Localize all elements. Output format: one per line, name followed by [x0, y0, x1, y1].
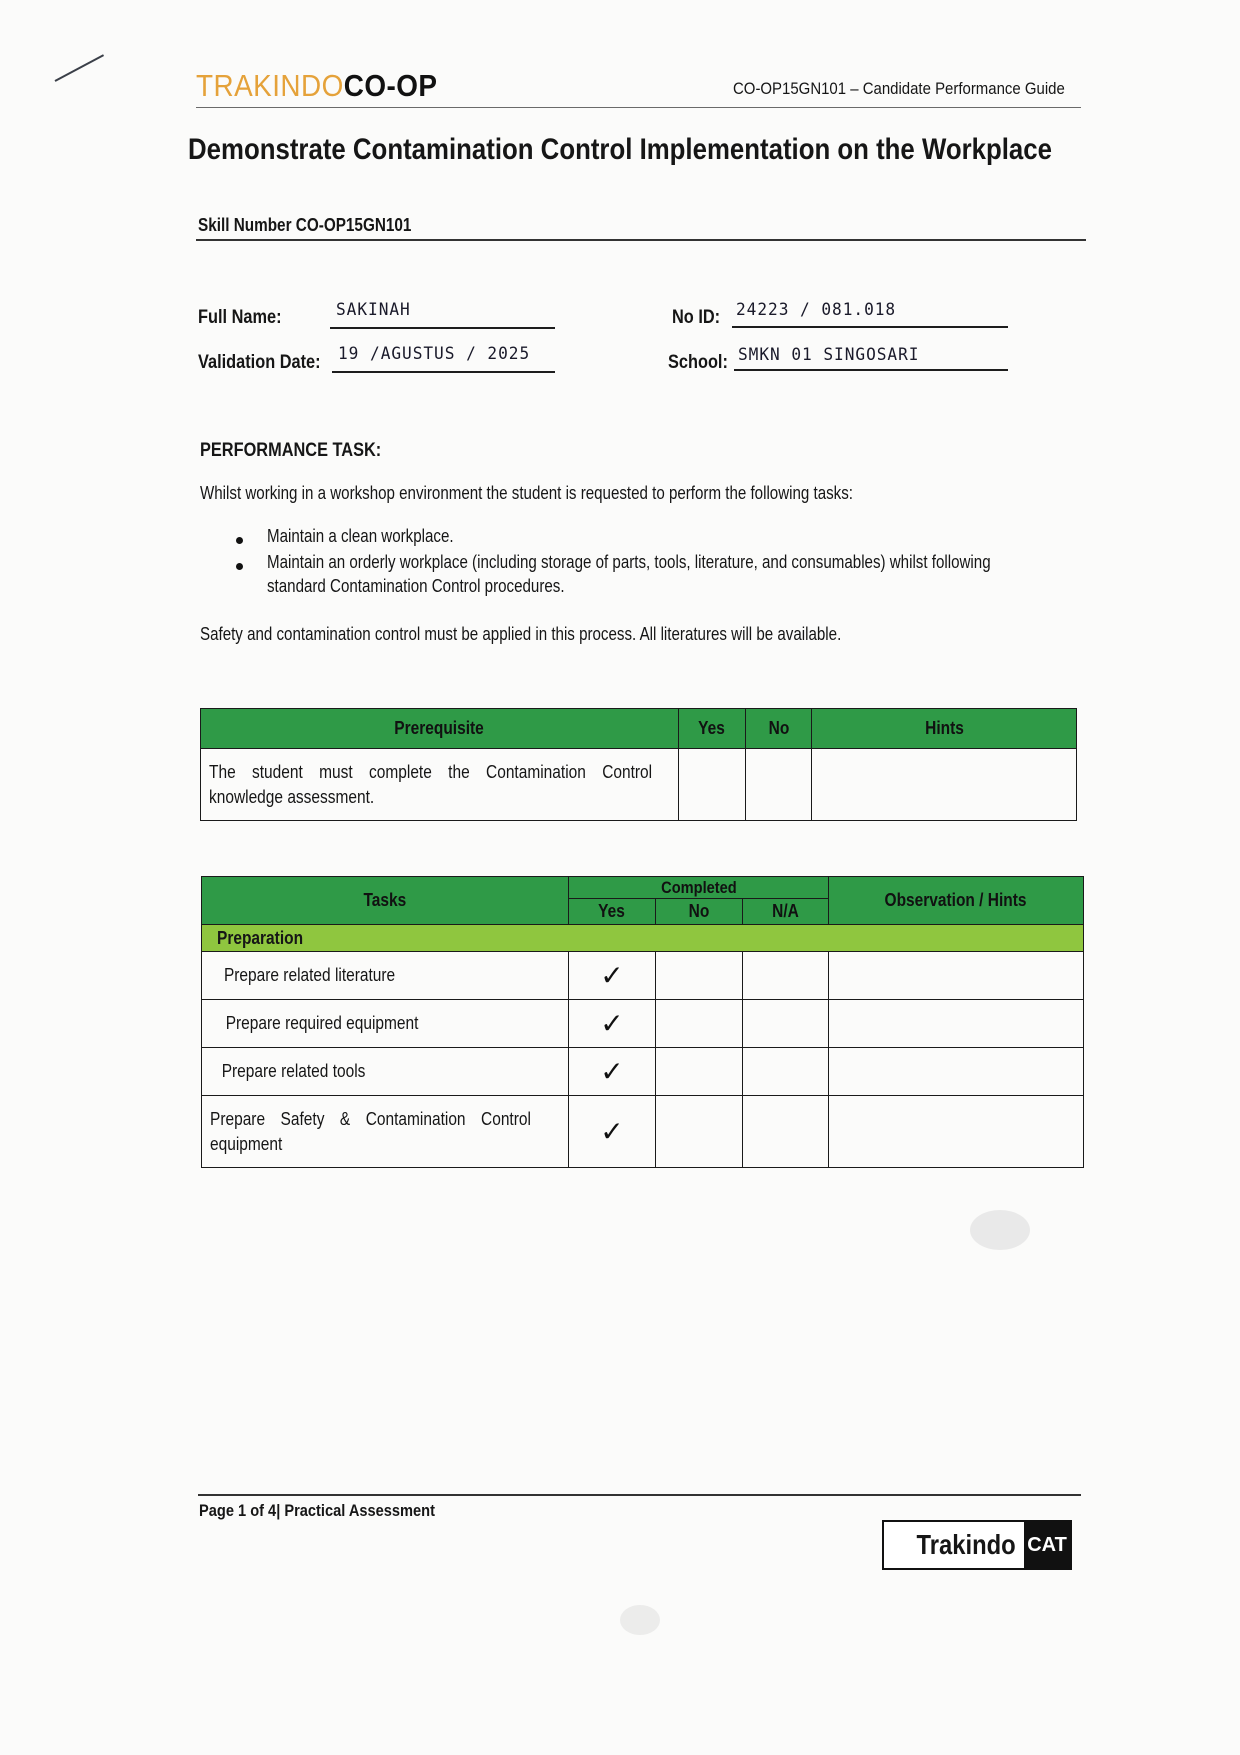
- school-underline: [734, 369, 1008, 371]
- header-divider: [196, 107, 1081, 108]
- performance-task-note: Safety and contamination control must be…: [200, 624, 841, 645]
- pen-mark: [55, 54, 105, 82]
- school-field[interactable]: SMKN 01 SINGOSARI: [738, 345, 919, 365]
- brand-secondary: CO-OP: [344, 68, 438, 103]
- tasks-header-row: Tasks Completed Observation / Hints: [202, 877, 1084, 899]
- no-check-cell[interactable]: [656, 952, 743, 1000]
- prerequisite-hints-cell[interactable]: [812, 749, 1077, 821]
- yes-check-cell[interactable]: ✓: [569, 1048, 656, 1096]
- completed-header: Completed: [569, 877, 829, 899]
- skill-divider: [196, 239, 1086, 241]
- task-name: Prepare required equipment: [202, 1000, 569, 1048]
- table-row: Prepare Safety & Contamination Control e…: [202, 1096, 1084, 1168]
- task-name: Prepare Safety & Contamination Control e…: [202, 1096, 569, 1168]
- table-row: The student must complete the Contaminat…: [201, 749, 1077, 821]
- bullet-item: Maintain a clean workplace.: [267, 526, 454, 547]
- bullet-item-continued: standard Contamination Control procedure…: [267, 576, 565, 597]
- bullet-item: Maintain an orderly workplace (including…: [267, 552, 991, 573]
- trakindo-cat-logo: Trakindo CAT: [882, 1520, 1072, 1570]
- observation-cell[interactable]: [829, 1000, 1084, 1048]
- observation-cell[interactable]: [829, 1048, 1084, 1096]
- hints-header: Hints: [812, 709, 1077, 749]
- page-info: Page 1 of 4| Practical Assessment: [199, 1501, 435, 1521]
- bullet-icon: [236, 563, 243, 570]
- no-check-cell[interactable]: [656, 1048, 743, 1096]
- observation-header: Observation / Hints: [829, 877, 1084, 925]
- prerequisite-no-cell[interactable]: [746, 749, 812, 821]
- observation-cell[interactable]: [829, 1096, 1084, 1168]
- task-name: Prepare related literature: [202, 952, 569, 1000]
- na-check-cell[interactable]: [743, 1096, 829, 1168]
- page-title: Demonstrate Contamination Control Implem…: [87, 133, 1153, 167]
- yes-header: Yes: [679, 709, 746, 749]
- section-preparation: Preparation: [202, 925, 1084, 952]
- prerequisite-table: Prerequisite Yes No Hints The student mu…: [200, 708, 1077, 821]
- full-name-label: Full Name:: [198, 307, 282, 329]
- validation-date-underline: [332, 371, 555, 373]
- table-row: Prepare required equipment ✓: [202, 1000, 1084, 1048]
- performance-task-intro: Whilst working in a workshop environment…: [200, 483, 853, 504]
- prerequisite-text: The student must complete the Contaminat…: [201, 749, 679, 821]
- yes-header: Yes: [569, 899, 656, 925]
- cat-badge-icon: CAT: [1024, 1522, 1070, 1568]
- na-check-cell[interactable]: [743, 1048, 829, 1096]
- no-check-cell[interactable]: [656, 1096, 743, 1168]
- task-name: Prepare related tools: [202, 1048, 569, 1096]
- no-id-underline: [732, 326, 1008, 328]
- table-row: Prepare related literature ✓: [202, 952, 1084, 1000]
- observation-cell[interactable]: [829, 952, 1084, 1000]
- tasks-table: Tasks Completed Observation / Hints Yes …: [201, 876, 1084, 1168]
- full-name-field[interactable]: SAKINAH: [336, 300, 411, 320]
- table-row: Prepare related tools ✓: [202, 1048, 1084, 1096]
- tasks-header: Tasks: [202, 877, 569, 925]
- brand-primary: TRAKINDO: [196, 68, 344, 103]
- logo-word: Trakindo: [917, 1529, 1016, 1561]
- full-name-underline: [330, 327, 555, 329]
- yes-check-cell[interactable]: ✓: [569, 952, 656, 1000]
- no-header: No: [746, 709, 812, 749]
- yes-check-cell[interactable]: ✓: [569, 1000, 656, 1048]
- bullet-icon: [236, 537, 243, 544]
- brand-logo: TRAKINDOCO-OP: [196, 68, 437, 104]
- no-id-field[interactable]: 24223 / 081.018: [736, 300, 896, 320]
- school-label: School:: [668, 352, 728, 374]
- prerequisite-header: Prerequisite: [201, 709, 679, 749]
- no-header: No: [656, 899, 743, 925]
- document-code: CO-OP15GN101 – Candidate Performance Gui…: [733, 79, 1065, 99]
- yes-check-cell[interactable]: ✓: [569, 1096, 656, 1168]
- no-check-cell[interactable]: [656, 1000, 743, 1048]
- scan-noise: [970, 1210, 1030, 1250]
- validation-date-field[interactable]: 19 /AGUSTUS / 2025: [338, 344, 530, 364]
- na-check-cell[interactable]: [743, 1000, 829, 1048]
- scan-noise: [620, 1605, 660, 1635]
- no-id-label: No ID:: [672, 307, 720, 329]
- validation-date-label: Validation Date:: [198, 352, 321, 374]
- prerequisite-header-row: Prerequisite Yes No Hints: [201, 709, 1077, 749]
- prerequisite-yes-cell[interactable]: [679, 749, 746, 821]
- na-header: N/A: [743, 899, 829, 925]
- skill-number: Skill Number CO-OP15GN101: [198, 215, 411, 236]
- footer-divider: [198, 1494, 1081, 1496]
- na-check-cell[interactable]: [743, 952, 829, 1000]
- section-row: Preparation: [202, 925, 1084, 952]
- performance-task-heading: PERFORMANCE TASK:: [200, 440, 381, 462]
